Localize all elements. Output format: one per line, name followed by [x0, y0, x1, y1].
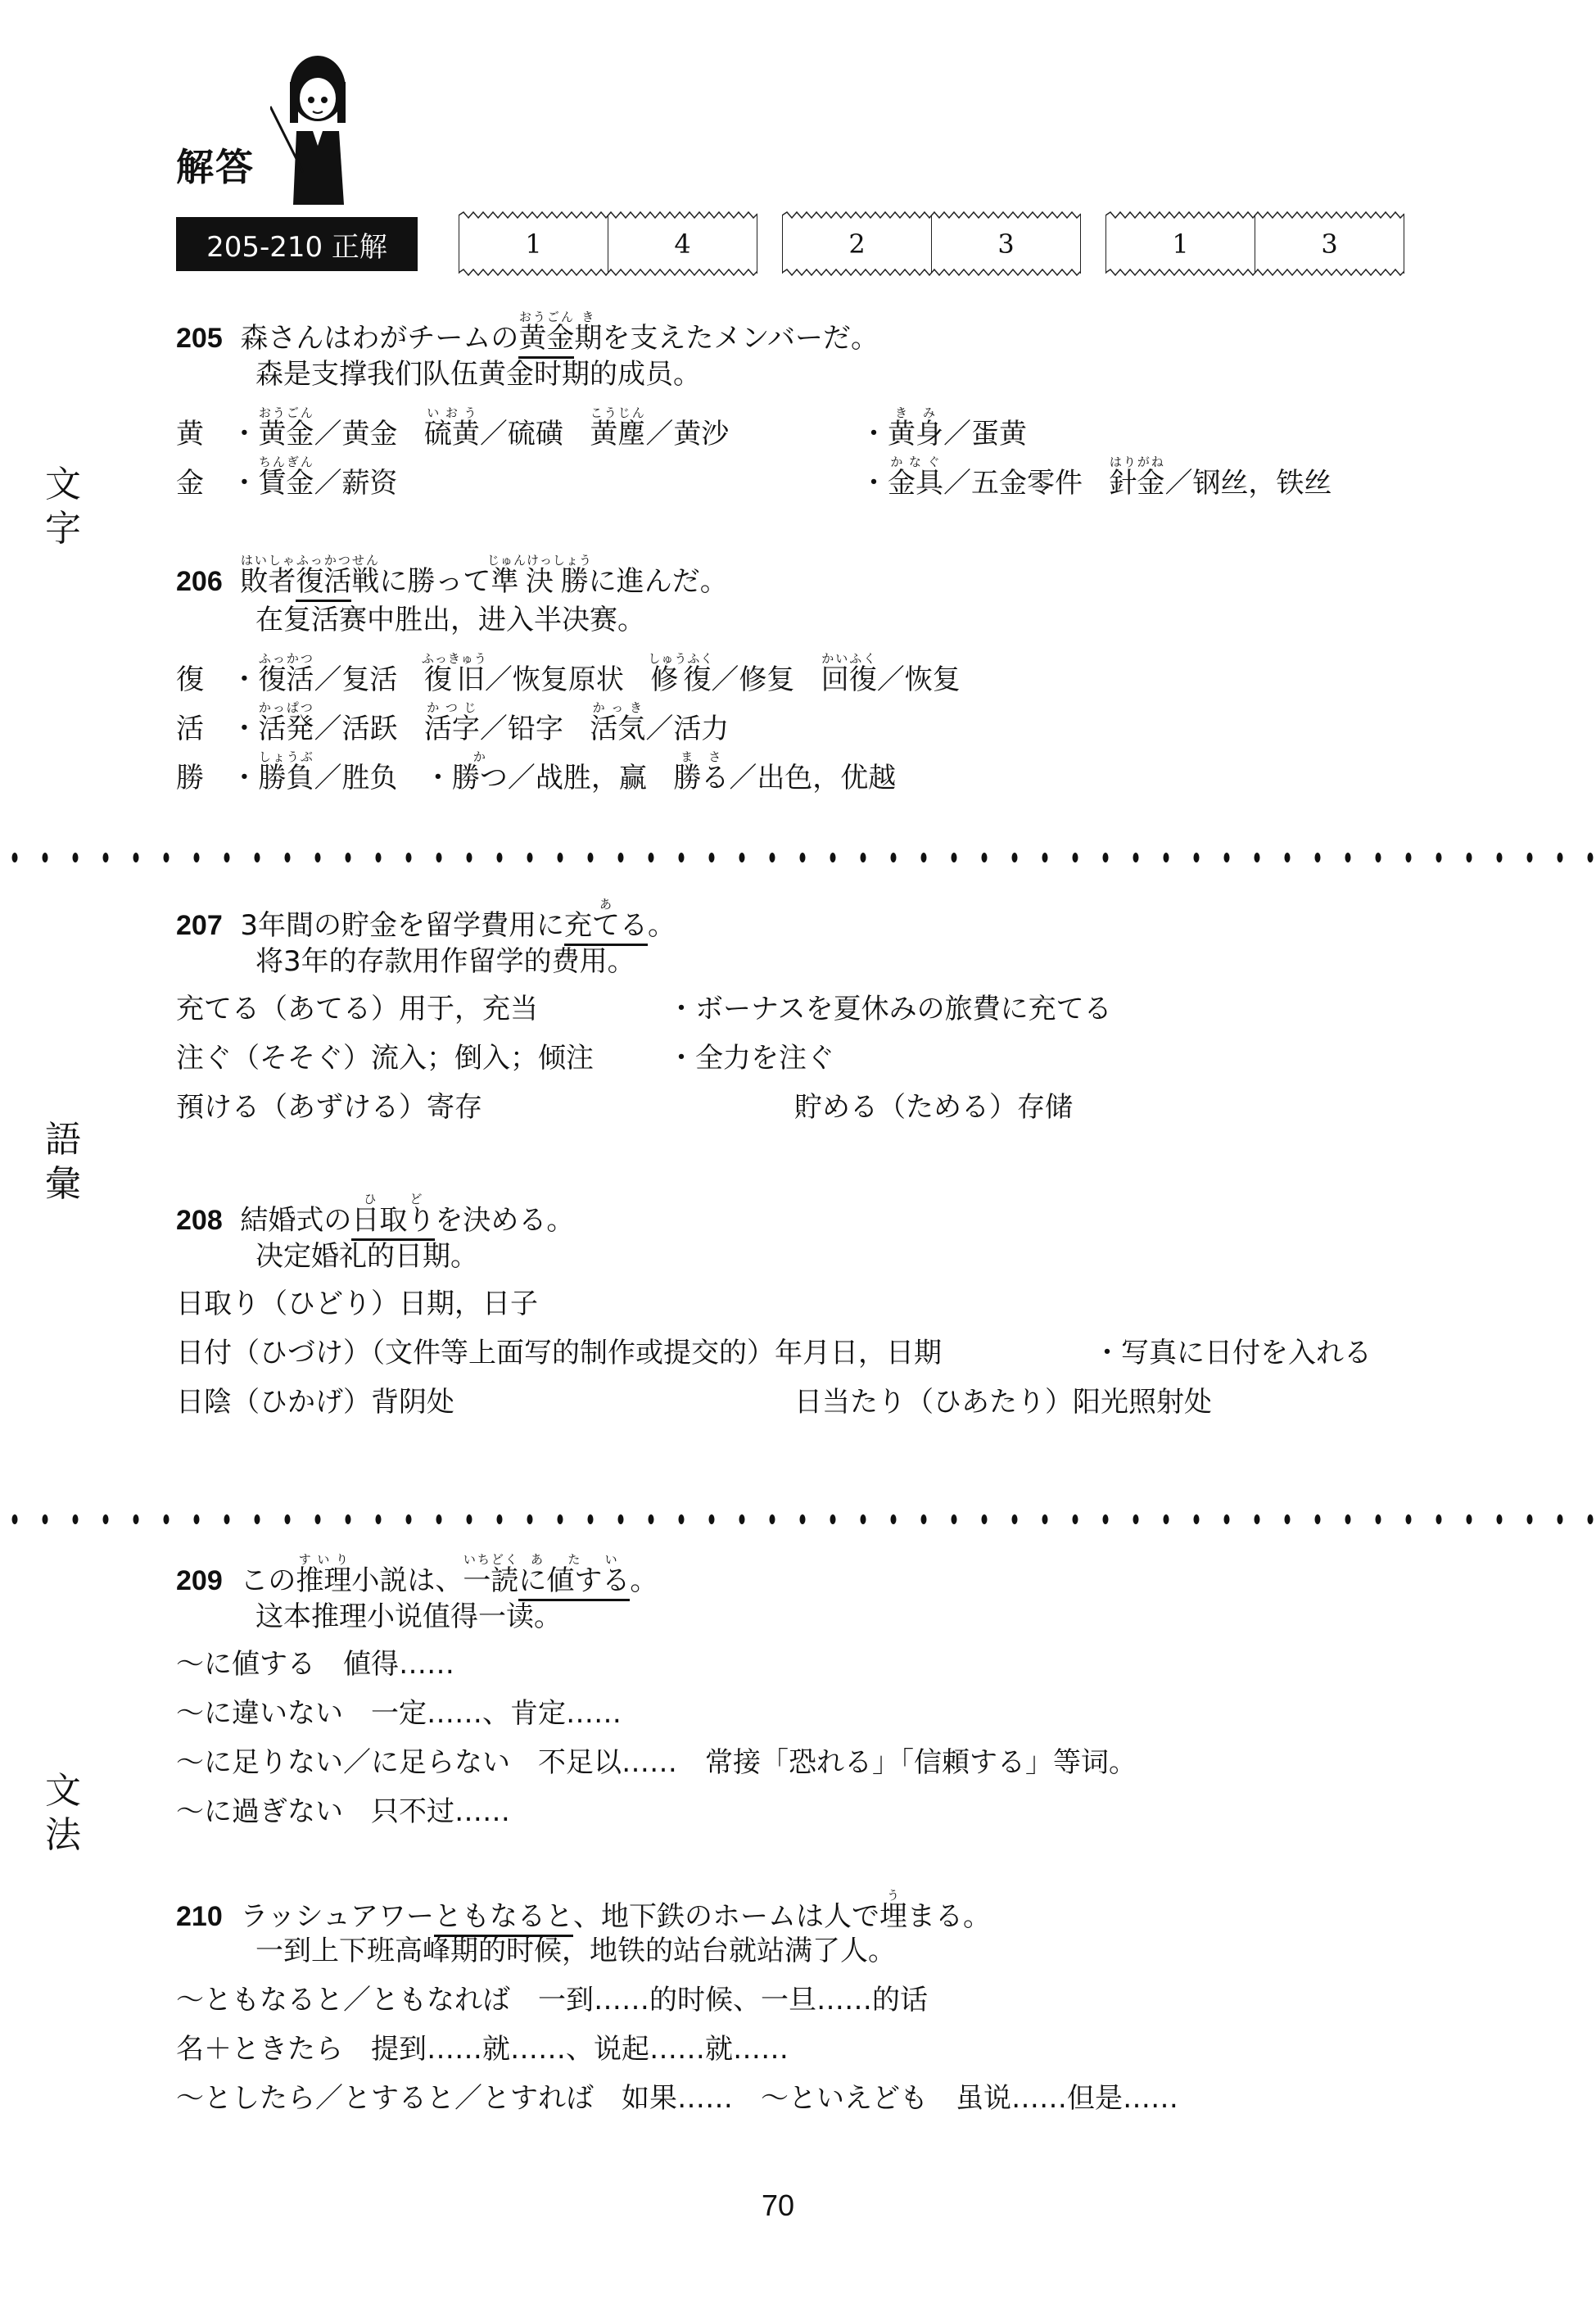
answer-205: 1	[459, 215, 608, 274]
grammar-line-3: ～に足りない／に足らない 不足以…… 常接「恐れる」「信頼する」等词。	[176, 1749, 1137, 1777]
vocab-line-1-left: 日取り（ひどり）日期，日子	[176, 1290, 538, 1318]
page-number: 70	[762, 2188, 794, 2223]
answer-group-2: 2 3	[782, 215, 1081, 274]
question-209: 209 この推理すいり小説は、一読いちどくに値するあたい。	[176, 1552, 658, 1595]
vocab-line-2-left: 注ぐ（そそぐ）流入；倒入；倾注	[176, 1044, 594, 1072]
question-208: 208 結婚式の日取りひどを決める。	[176, 1192, 574, 1234]
vocab-line-2-left: 日付（ひづけ）（文件等上面写的制作或提交的）年月日，日期	[176, 1339, 942, 1367]
answer-group-3: 1 3	[1105, 215, 1404, 274]
translation-205: 森是支撑我们队伍黄金时期的成员。	[255, 360, 701, 388]
answer-206: 4	[608, 215, 757, 274]
dotted-separator	[0, 852, 1596, 863]
grammar-line-1: ～ともなると／ともなれば 一到……的时候、一旦……的话	[176, 1986, 928, 2014]
question-206: 206 敗者はいしゃ復活ふっかつ戦せんに勝って準決勝じゅんけっしょうに進んだ。	[176, 553, 728, 595]
grammar-line-4: ～に過ぎない 只不过……	[176, 1798, 510, 1826]
grammar-line-1: ～に値する 値得……	[176, 1650, 454, 1678]
translation-210: 一到上下班高峰期的时候，地铁的站台就站满了人。	[255, 1937, 896, 1965]
translation-208: 决定婚礼的日期。	[255, 1242, 478, 1270]
kanji-row-huang-right: ・黄身きみ／蛋黄	[860, 405, 1027, 448]
kanji-row-huo: 活 ・活発かっぱつ／活跃 活字かつじ／铅字 活気かっき／活力	[176, 700, 729, 743]
vocab-line-2-right: ・写真に日付を入れる	[1093, 1339, 1372, 1367]
section-label-goi: 語彙	[43, 1118, 84, 1206]
vocab-line-1-right: ・ボーナスを夏休みの旅費に充てる	[667, 995, 1112, 1023]
page-title: 解答	[176, 138, 255, 192]
kanji-row-jin-right: ・金具かなぐ／五金零件 針金はりがね／钢丝，铁丝	[860, 455, 1332, 497]
section-label-moji: 文字	[43, 463, 84, 551]
grammar-line-2: ～に違いない 一定……、肯定……	[176, 1700, 622, 1727]
grammar-line-3: ～としたら／とすると／とすれば 如果…… ～といえども 虽说……但是……	[176, 2084, 1178, 2112]
answer-group-1: 1 4	[459, 215, 757, 274]
question-number: 205	[176, 323, 223, 354]
vocab-line-1-left: 充てる（あてる）用于，充当	[176, 995, 538, 1023]
vocab-line-3-left: 日陰（ひかげ）背阴处	[176, 1388, 454, 1416]
answer-209: 1	[1105, 215, 1255, 274]
vocab-line-3-right: 貯める（ためる）存储	[794, 1093, 1073, 1121]
kanji-row-huang: 黄 ・黄金おうごん／黄金 硫黄いおう／硫磺 黄塵こうじん／黄沙	[176, 405, 729, 448]
vocab-line-2-right: ・全力を注ぐ	[667, 1044, 834, 1072]
grammar-line-2: 名＋ときたら 提到……就……、说起……就……	[176, 2035, 789, 2063]
question-210: 210 ラッシュアワーともなると、地下鉄のホームは人で埋うまる。	[176, 1888, 991, 1930]
teacher-girl-with-pointer-icon	[270, 49, 360, 213]
answer-210: 3	[1255, 215, 1404, 274]
answer-207: 2	[782, 215, 931, 274]
section-label-bunpo: 文法	[43, 1769, 84, 1858]
question-207: 207 3年間の貯金を留学費用に充てるあ。	[176, 897, 676, 939]
kanji-row-jin: 金 ・賃金ちんぎん／薪资	[176, 455, 397, 497]
vocab-line-3-right: 日当たり（ひあたり）阳光照射处	[794, 1388, 1212, 1416]
kanji-row-fu: 復 ・復活ふっかつ／复活 復旧ふっきゅう／恢复原状 修復しゅうふく／修复 回復か…	[176, 651, 961, 694]
dotted-separator	[0, 1514, 1596, 1525]
answer-208: 3	[931, 215, 1081, 274]
translation-206: 在复活赛中胜出，进入半决赛。	[255, 606, 645, 634]
answer-range-label: 205-210 正解	[176, 217, 418, 271]
kanji-row-sheng: 勝 ・勝負しょうぶ／胜负 ・勝つか／战胜，赢 勝るまさ／出色，优越	[176, 749, 896, 792]
vocab-line-3-left: 預ける（あずける）寄存	[176, 1093, 482, 1121]
question-205: 205 森さんはわがチームの黄金おうごん期きを支えたメンバーだ。	[176, 310, 879, 352]
translation-209: 这本推理小说值得一读。	[255, 1603, 562, 1631]
translation-207: 将3年的存款用作留学的费用。	[255, 948, 635, 975]
